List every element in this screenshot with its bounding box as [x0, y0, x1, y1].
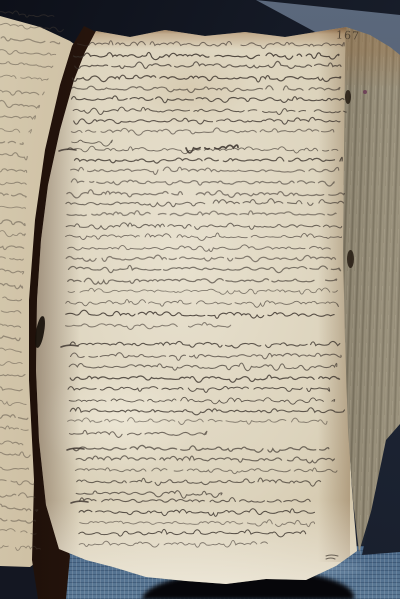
folio-number: 167 — [336, 28, 361, 42]
handwriting — [0, 0, 400, 599]
manuscript-photo: 167 — [0, 0, 400, 599]
